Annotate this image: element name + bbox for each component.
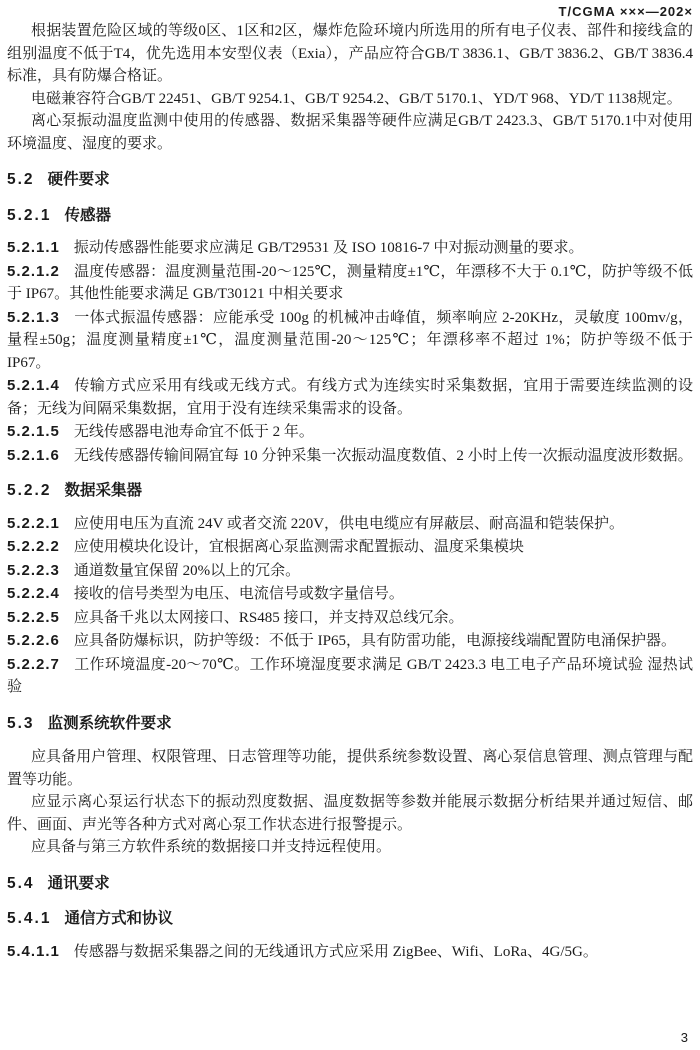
- clause-number: 5.2.2.5: [7, 609, 60, 626]
- section-title: 数据采集器: [64, 482, 142, 499]
- clause-text: 传感器与数据采集器之间的无线通讯方式应采用 ZigBee、Wifi、LoRa、4…: [74, 944, 598, 960]
- clause-number: 5.2.2.1: [7, 515, 60, 532]
- clause-text: 无线传感器传输间隔宜每 10 分钟采集一次振动温度数值、2 小时上传一次振动温度…: [74, 448, 693, 464]
- clause-text: 温度传感器：温度测量范围-20～125℃，测量精度±1℃，年漂移不大于 0.1℃…: [7, 264, 693, 303]
- section-number: 5.2.2: [7, 482, 51, 499]
- doc-number-header: T/CGMA ×××—202×: [7, 4, 693, 20]
- clause-text: 无线传感器电池寿命宜不低于 2 年。: [74, 424, 314, 440]
- clause-text: 通道数量宜保留 20%以上的冗余。: [74, 563, 300, 579]
- paragraph: 应具备与第三方软件系统的数据接口并支持远程使用。: [7, 836, 693, 859]
- clause-text: 工作环境温度-20～70℃。工作环境湿度要求满足 GB/T 2423.3 电工电…: [7, 657, 693, 696]
- clause-5.2.2.4: 5.2.2.4接收的信号类型为电压、电流信号或数字量信号。: [7, 583, 693, 606]
- document-page: T/CGMA ×××—202× 根据装置危险区域的等级0区、1区和2区，爆炸危险…: [0, 0, 700, 1050]
- clause-text: 应具备千兆以太网接口、RS485 接口，并支持双总线冗余。: [74, 610, 464, 626]
- section-heading-5.2.2: 5.2.2数据采集器: [7, 480, 693, 503]
- clause-5.2.1.5: 5.2.1.5无线传感器电池寿命宜不低于 2 年。: [7, 421, 693, 444]
- section-heading-5.4.1: 5.4.1通信方式和协议: [7, 908, 693, 931]
- clause-5.2.2.3: 5.2.2.3通道数量宜保留 20%以上的冗余。: [7, 560, 693, 583]
- clause-number: 5.2.2.4: [7, 585, 60, 602]
- clause-number: 5.2.2.3: [7, 562, 60, 579]
- clause-5.2.2.5: 5.2.2.5应具备千兆以太网接口、RS485 接口，并支持双总线冗余。: [7, 607, 693, 630]
- clause-number: 5.2.1.5: [7, 423, 60, 440]
- paragraph: 电磁兼容符合GB/T 22451、GB/T 9254.1、GB/T 9254.2…: [7, 88, 693, 111]
- clause-number: 5.2.1.6: [7, 447, 60, 464]
- clause-number: 5.2.2.7: [7, 656, 60, 673]
- section-number: 5.2.1: [7, 207, 51, 224]
- section-number: 5.2: [7, 171, 35, 188]
- section-title: 硬件要求: [48, 171, 110, 188]
- section-heading-5.3: 5.3监测系统软件要求: [7, 713, 693, 736]
- clause-5.2.1.2: 5.2.1.2温度传感器：温度测量范围-20～125℃，测量精度±1℃，年漂移不…: [7, 261, 693, 306]
- clause-5.2.2.1: 5.2.2.1应使用电压为直流 24V 或者交流 220V，供电电缆应有屏蔽层、…: [7, 513, 693, 536]
- clause-number: 5.2.1.1: [7, 239, 60, 256]
- section-heading-5.4: 5.4通讯要求: [7, 873, 693, 896]
- clause-5.2.1.6: 5.2.1.6无线传感器传输间隔宜每 10 分钟采集一次振动温度数值、2 小时上…: [7, 445, 693, 468]
- section-number: 5.4: [7, 875, 35, 892]
- clause-text: 应使用电压为直流 24V 或者交流 220V，供电电缆应有屏蔽层、耐高温和铠装保…: [74, 516, 624, 532]
- paragraph: 根据装置危险区域的等级0区、1区和2区，爆炸危险环境内所选用的所有电子仪表、部件…: [7, 20, 693, 88]
- paragraph: 离心泵振动温度监测中使用的传感器、数据采集器等硬件应满足GB/T 2423.3、…: [7, 110, 693, 155]
- clause-number: 5.4.1.1: [7, 943, 60, 960]
- clause-number: 5.2.2.2: [7, 538, 60, 555]
- clause-5.2.2.6: 5.2.2.6应具备防爆标识，防护等级：不低于 IP65，具有防雷功能，电源接线…: [7, 630, 693, 653]
- section-title: 传感器: [64, 207, 111, 224]
- paragraph: 应显示离心泵运行状态下的振动烈度数据、温度数据等参数并能展示数据分析结果并通过短…: [7, 791, 693, 836]
- clause-number: 5.2.1.2: [7, 263, 60, 280]
- section-title: 监测系统软件要求: [48, 715, 172, 732]
- document-content: 根据装置危险区域的等级0区、1区和2区，爆炸危险环境内所选用的所有电子仪表、部件…: [7, 20, 693, 963]
- clause-5.2.2.2: 5.2.2.2应使用模块化设计，宜根据离心泵监测需求配置振动、温度采集模块: [7, 536, 693, 559]
- section-title: 通信方式和协议: [64, 910, 173, 927]
- clause-text: 一体式振温传感器：应能承受 100g 的机械冲击峰值，频率响应 2-20KHz，…: [7, 310, 693, 371]
- section-number: 5.3: [7, 715, 35, 732]
- clause-text: 传输方式应采用有线或无线方式。有线方式为连续实时采集数据，宜用于需要连续监测的设…: [7, 378, 693, 417]
- section-heading-5.2: 5.2硬件要求: [7, 169, 693, 192]
- section-title: 通讯要求: [48, 875, 110, 892]
- paragraph: 应具备用户管理、权限管理、日志管理等功能，提供系统参数设置、离心泵信息管理、测点…: [7, 746, 693, 791]
- section-number: 5.4.1: [7, 910, 51, 927]
- clause-text: 应具备防爆标识，防护等级：不低于 IP65，具有防雷功能，电源接线端配置防电涌保…: [74, 633, 676, 649]
- clause-5.4.1.1: 5.4.1.1传感器与数据采集器之间的无线通讯方式应采用 ZigBee、Wifi…: [7, 941, 693, 964]
- clause-text: 接收的信号类型为电压、电流信号或数字量信号。: [74, 586, 404, 602]
- clause-5.2.1.1: 5.2.1.1振动传感器性能要求应满足 GB/T29531 及 ISO 1081…: [7, 237, 693, 260]
- section-heading-5.2.1: 5.2.1传感器: [7, 205, 693, 228]
- clause-text: 应使用模块化设计，宜根据离心泵监测需求配置振动、温度采集模块: [74, 539, 524, 555]
- page-number: 3: [681, 1031, 688, 1045]
- clause-number: 5.2.2.6: [7, 632, 60, 649]
- clause-5.2.2.7: 5.2.2.7工作环境温度-20～70℃。工作环境湿度要求满足 GB/T 242…: [7, 654, 693, 699]
- clause-5.2.1.3: 5.2.1.3一体式振温传感器：应能承受 100g 的机械冲击峰值，频率响应 2…: [7, 307, 693, 375]
- clause-5.2.1.4: 5.2.1.4传输方式应采用有线或无线方式。有线方式为连续实时采集数据，宜用于需…: [7, 375, 693, 420]
- clause-number: 5.2.1.4: [7, 377, 60, 394]
- clause-number: 5.2.1.3: [7, 309, 60, 326]
- clause-text: 振动传感器性能要求应满足 GB/T29531 及 ISO 10816-7 中对振…: [74, 240, 584, 256]
